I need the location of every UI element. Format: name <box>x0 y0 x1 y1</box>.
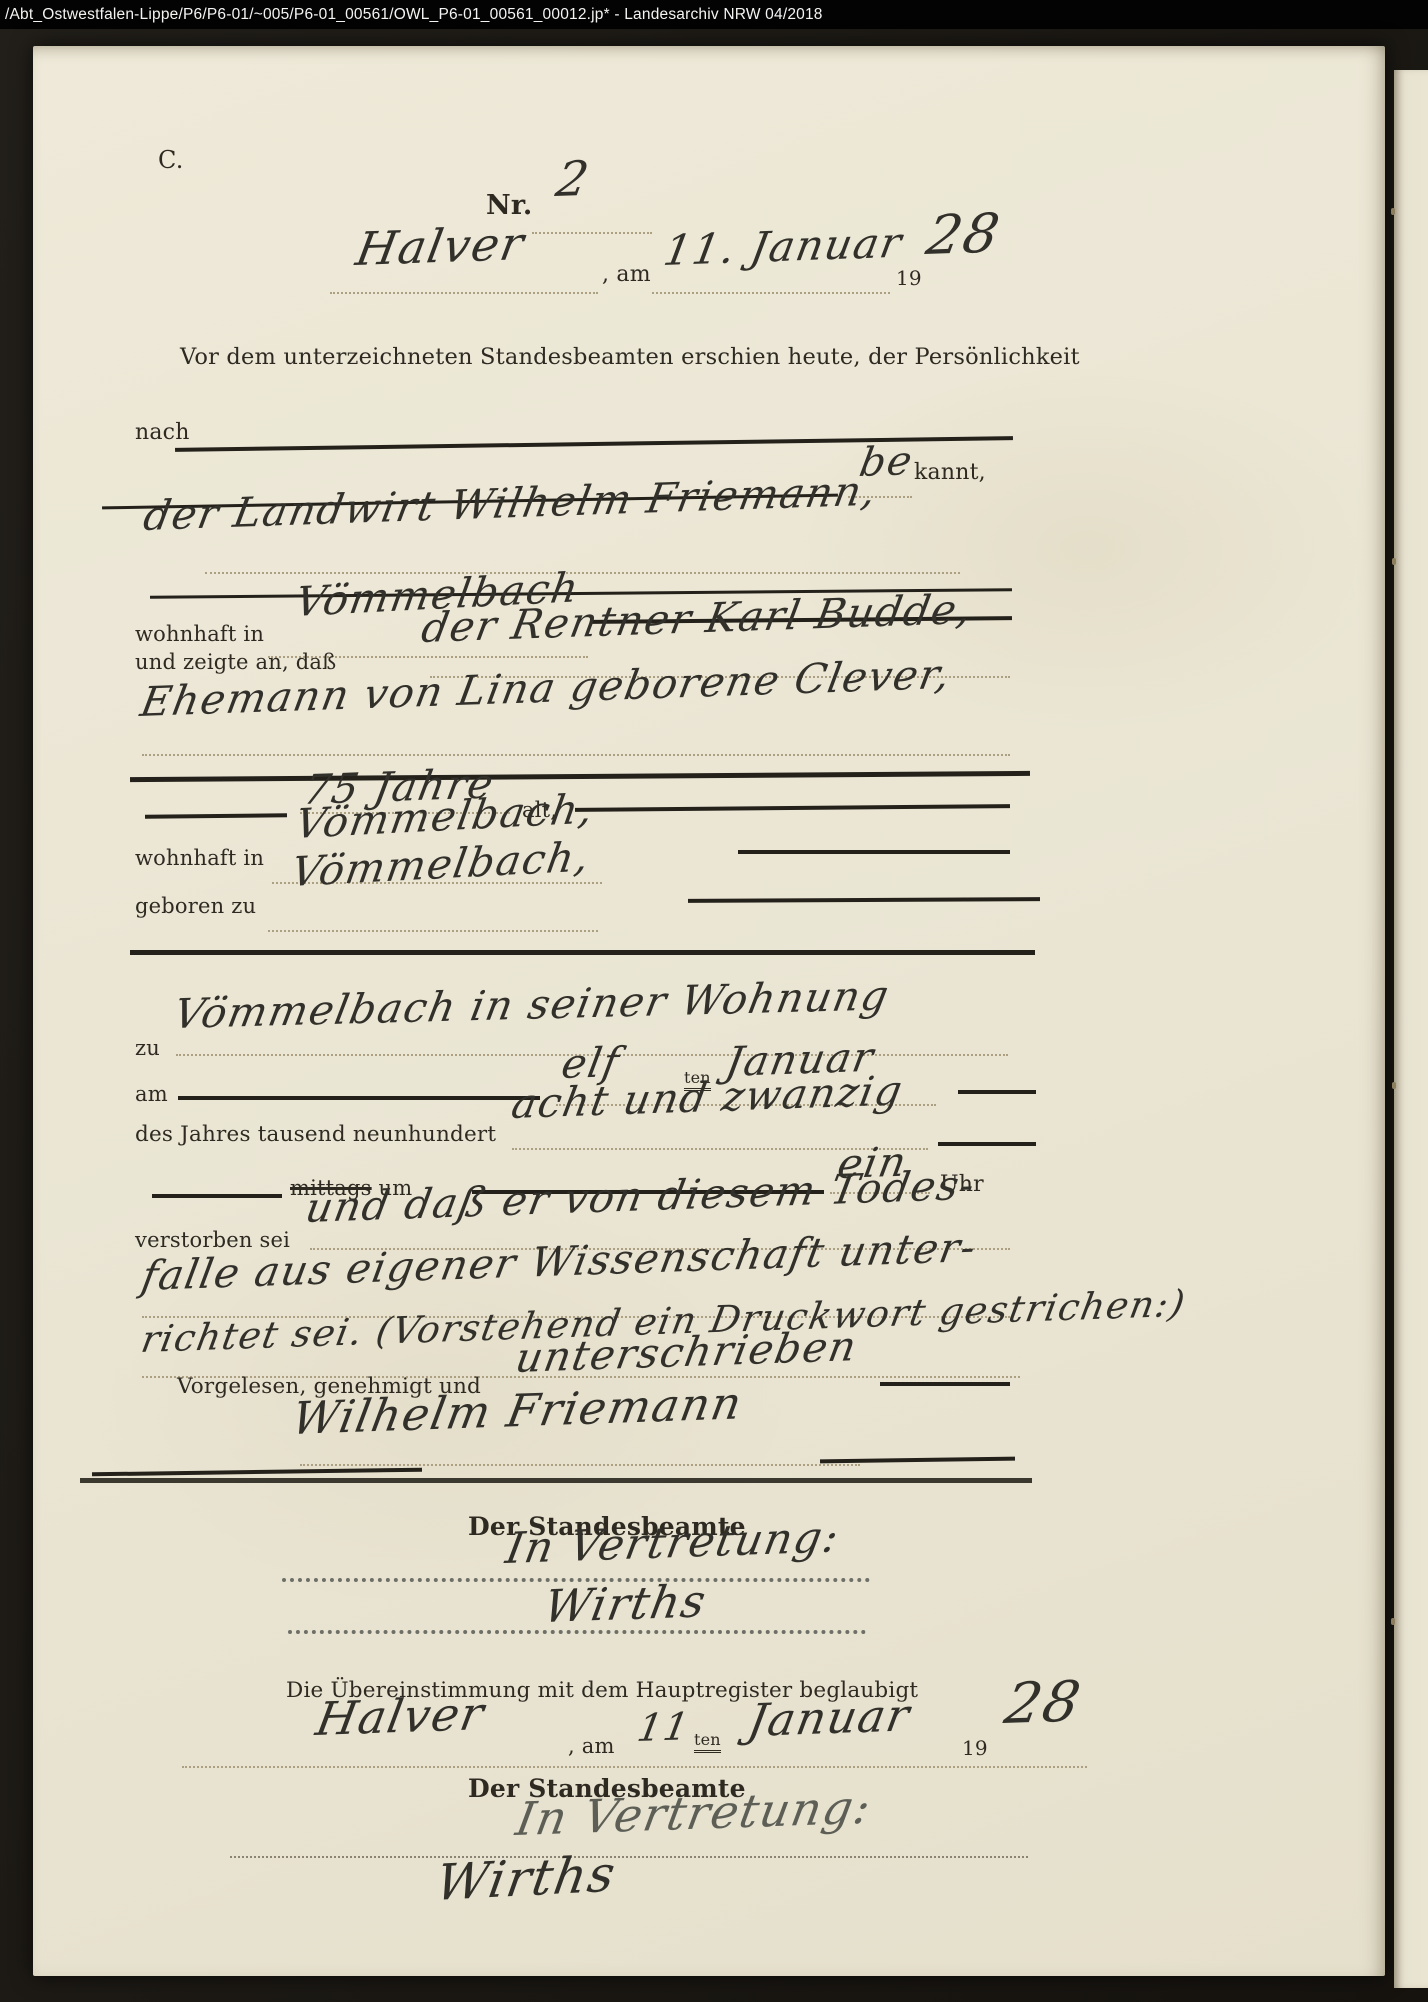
geboren-label: geboren zu <box>135 894 256 918</box>
cert-year-printed: 19 <box>962 1736 988 1760</box>
dotted-line <box>268 930 598 932</box>
year-line-label: des Jahres tausend neunhundert <box>135 1122 496 1147</box>
kannt-label: kannt, <box>914 460 986 485</box>
head-year-printed: 19 <box>896 266 922 290</box>
cert-day-handwritten: 11 <box>634 1704 694 1750</box>
dotted-line <box>300 1464 860 1466</box>
archive-path-text: /Abt_Ostwestfalen-Lippe/P6/P6-01/~005/P6… <box>5 6 823 23</box>
blank-strike-line <box>178 1096 540 1100</box>
dotted-line <box>532 232 652 234</box>
am-label: am <box>135 1082 168 1106</box>
wohnhaft-label-2: wohnhaft in <box>135 846 264 870</box>
binding-thread <box>1392 558 1396 565</box>
adjacent-page-edge <box>1394 70 1428 1988</box>
blank-strike-line <box>880 1382 1010 1386</box>
wohnhaft-label-1: wohnhaft in <box>135 622 264 646</box>
binding-thread <box>1391 1618 1395 1625</box>
head-place-handwritten: Halver <box>352 216 529 276</box>
archive-path-bar: /Abt_Ostwestfalen-Lippe/P6/P6-01/~005/P6… <box>0 0 1428 29</box>
binding-thread <box>1392 1082 1396 1089</box>
section-rule <box>130 950 1035 955</box>
zu-label: zu <box>135 1036 160 1060</box>
nach-label: nach <box>135 420 190 445</box>
registrar-signature-1: Wirths <box>540 1574 711 1633</box>
blank-strike-line <box>738 850 1010 854</box>
page-corner-label: C. <box>158 146 184 174</box>
cert-year-handwritten: 28 <box>1000 1669 1086 1737</box>
cert-am-label: , am <box>568 1734 615 1758</box>
registrar-signature-2: Wirths <box>432 1845 620 1912</box>
dotted-line <box>230 1856 1028 1858</box>
blank-strike-line <box>938 1142 1036 1146</box>
dotted-line <box>182 1766 1087 1768</box>
dotted-line <box>205 572 960 574</box>
dotted-line <box>330 292 598 294</box>
cert-month-handwritten: Januar <box>744 1688 915 1747</box>
signature-line <box>288 1630 866 1634</box>
binding-thread <box>1391 208 1395 215</box>
zeigte-label: und zeigte an, daß <box>135 650 336 674</box>
dotted-line <box>652 292 890 294</box>
head-date-handwritten: 11. Januar <box>660 218 907 275</box>
section-rule <box>80 1478 1032 1483</box>
blank-strike-line <box>152 1194 282 1198</box>
dotted-line <box>142 754 1010 756</box>
intro-line: Vor dem unterzeichneten Standesbeamten e… <box>180 344 1080 370</box>
head-year-handwritten: 28 <box>922 202 1005 267</box>
cert-place-handwritten: Halver <box>312 1686 489 1746</box>
head-am-label: , am <box>602 262 651 287</box>
blank-strike-line <box>958 1090 1036 1094</box>
scan-viewer: /Abt_Ostwestfalen-Lippe/P6/P6-01/~005/P6… <box>0 0 1428 2002</box>
cert-ten-label: ten <box>694 1730 721 1753</box>
